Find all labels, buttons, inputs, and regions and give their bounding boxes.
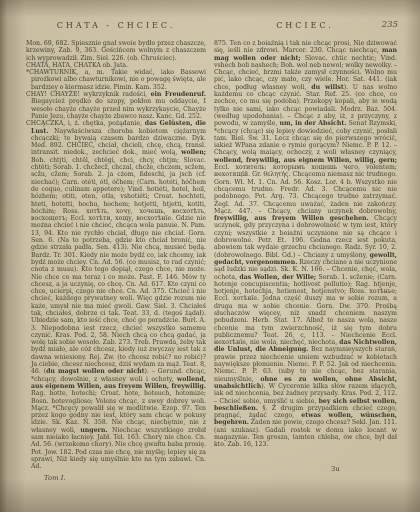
dictionary-paragraph: *CHAWTURNIK, a, m. Takie widać, iako Bas… (26, 69, 206, 91)
text-segment: Naywłaściwsza choroba kobietom ciężarnym… (31, 128, 206, 157)
text-segment: wollen; (181, 149, 206, 156)
text-segment: das Wollen, der Wille; (239, 274, 316, 281)
dictionary-paragraph: CHATA, HATA, CHATKA ob. Jata. (26, 62, 206, 69)
text-segment: ein Freudenruf. (151, 91, 206, 98)
dictionary-paragraph: Mon. 69, 682. Spiesznie gnał swoie bydło… (26, 40, 206, 62)
text-segment: CHATA, HATA, CHATKA ob. Jata. (26, 62, 128, 69)
text-segment: Mon. 69, 682. Spiesznie gnał swoie bydło… (26, 40, 206, 62)
running-header-right: CHCIEC. (214, 21, 396, 32)
text-segment: Eccl. хотитель: которымъ хощешь чего, vo… (214, 164, 397, 215)
running-header-left: CHATA - CHCIEC. (26, 21, 206, 32)
text-segment: ungern. (80, 427, 107, 434)
text-segment: du magst wollen oder nicht (46, 368, 144, 375)
dictionary-paragraph: CHAY! CHAYŻE! wykrzyknik radości, ein Fr… (26, 91, 206, 120)
text-segment: Biegaycież prędko do szopy, pokłon mu od… (31, 98, 206, 120)
volume-mark: Tom I. (44, 474, 66, 482)
right-column: 875. Ten co z boiaźnią i tak nie chcąc p… (214, 40, 397, 474)
text-segment: CHCĄCZKA, i, ż. chętka, pożądanie, (26, 120, 145, 127)
text-segment: wollend, freywillig, aus eignem Willen, … (214, 157, 397, 164)
text-segment: 875. Ten co z boiaźnią i tak nie chcąc p… (214, 40, 397, 54)
text-segment: Niechcąc wszystkiego zrobił sam nieiako … (31, 427, 206, 470)
text-segment: Sorab. 1. scženie; (Carn. hotenje concup… (214, 274, 397, 347)
text-segment: du willst (311, 84, 343, 91)
text-segment: freywillig, aus freyem Willen geschehen. (214, 215, 369, 222)
dictionary-paragraph: 875. Ten co z boiaźnią i tak nie chcąc p… (214, 40, 397, 449)
signature-mark: 3u (331, 465, 340, 473)
dictionary-paragraph: CHCĄCZKA, i, ż. chętka, pożądanie, das G… (26, 120, 206, 470)
text-segment: Boh. chtjti, chtěl, chtěgi, chci, chcy, … (31, 157, 206, 376)
text-segment: um, in der Absicht. (280, 120, 347, 127)
page-number: 235 (382, 20, 398, 30)
text-segment: *CHAWTURNIK, a, m. Takie widać, iako Bas… (26, 69, 206, 91)
text-segment: CHAY! CHAYŻE! wykrzyknik radości, (26, 91, 151, 98)
left-column: Mon. 69, 682. Spiesznie gnał swoie bydło… (26, 40, 206, 474)
